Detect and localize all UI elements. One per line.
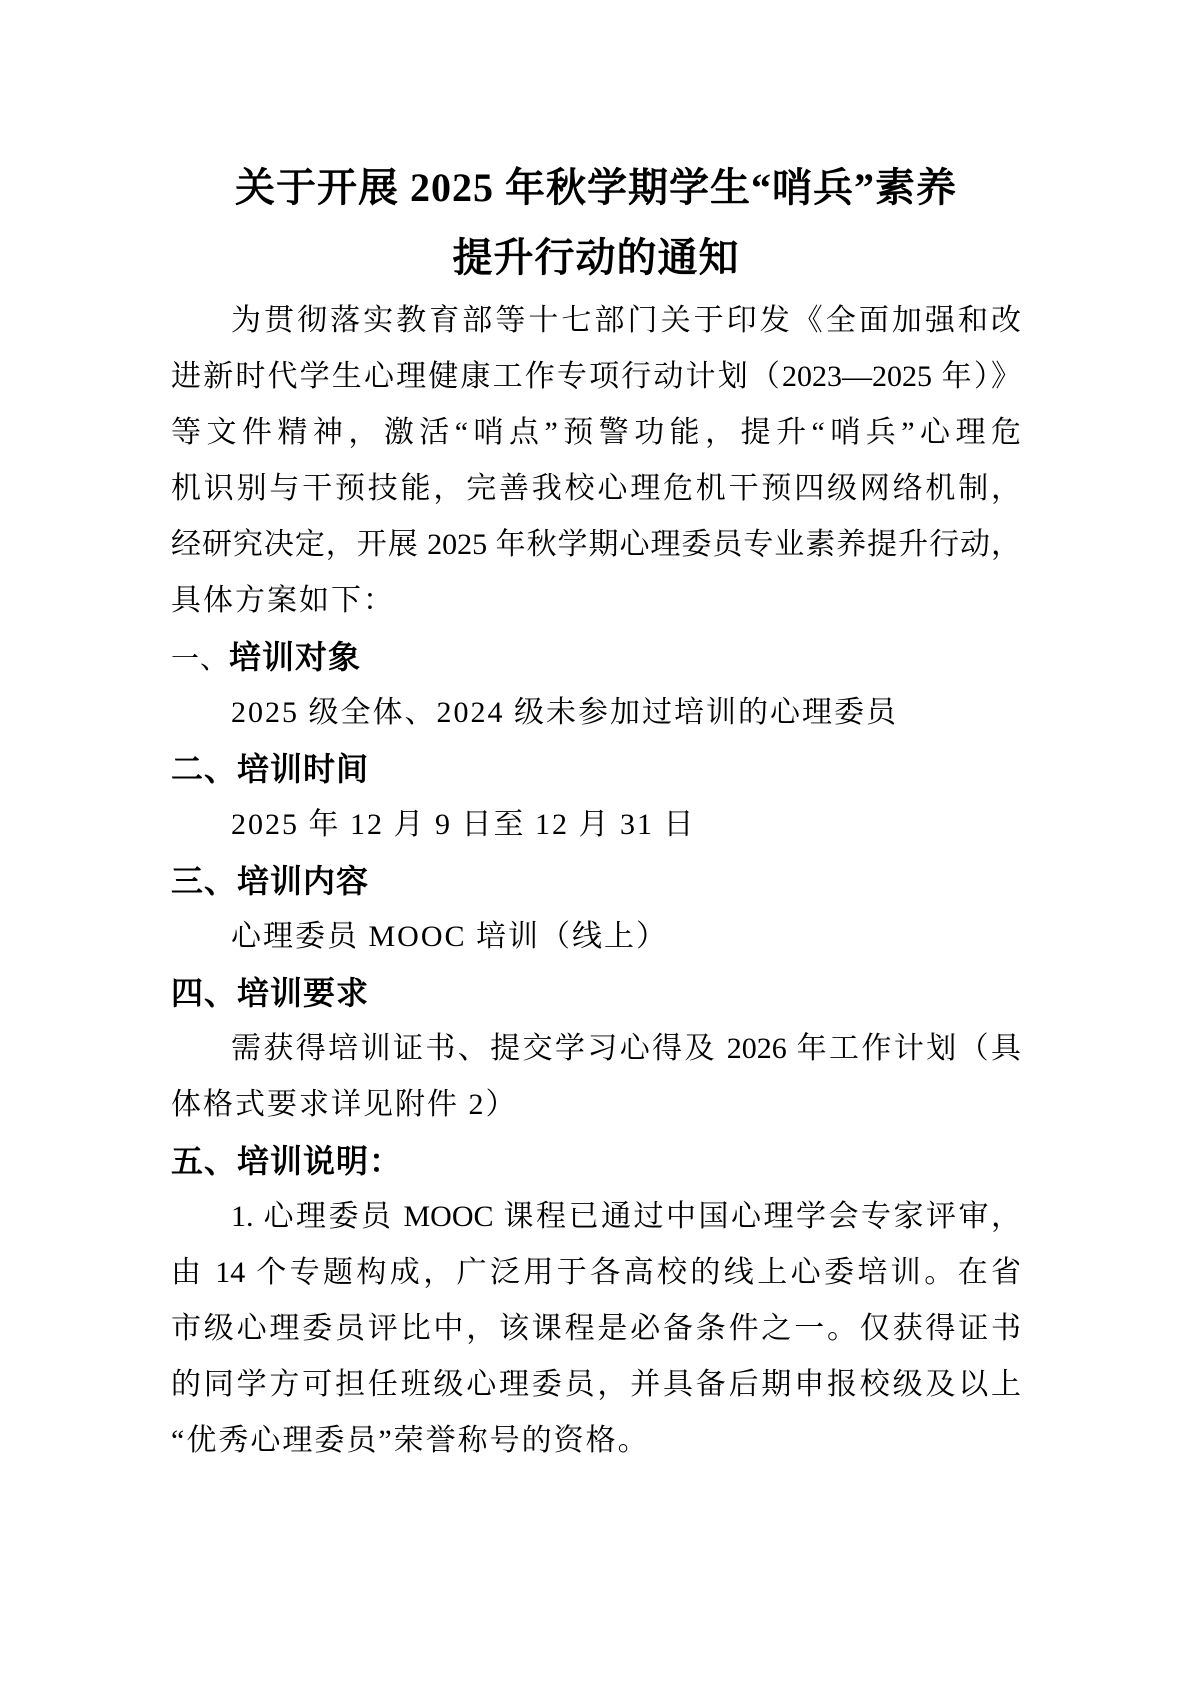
section-5-body-line-2: 由 14 个专题构成，广泛用于各高校的线上心委培训。在省 xyxy=(171,1245,1021,1301)
section-4-body-line-1: 需获得培训证书、提交学习心得及 2026 年工作计划（具 xyxy=(171,1021,1021,1077)
section-4-body-line-2: 体格式要求详见附件 2） xyxy=(171,1077,1021,1133)
intro-line-4: 机识别与干预技能，完善我校心理危机干预四级网络机制， xyxy=(171,461,1021,517)
intro-line-1: 为贯彻落实教育部等十七部门关于印发《全面加强和改 xyxy=(171,293,1021,349)
document-title: 关于开展 2025 年秋学期学生“哨兵”素养 提升行动的通知 xyxy=(171,153,1021,293)
section-2-body-line-1: 2025 年 12 月 9 日至 12 月 31 日 xyxy=(171,797,1021,853)
section-3-title: 培训内容 xyxy=(237,863,369,899)
section-5-body-line-1: 1. 心理委员 MOOC 课程已通过中国心理学会专家评审， xyxy=(171,1189,1021,1245)
section-4-title: 培训要求 xyxy=(237,975,369,1011)
section-5-heading: 五、培训说明： xyxy=(171,1133,1021,1189)
section-1-title: 培训对象 xyxy=(229,639,361,675)
section-5-title: 培训说明： xyxy=(237,1143,402,1179)
section-3-number: 三、 xyxy=(171,863,237,899)
section-5-body-line-3: 市级心理委员评比中，该课程是必备条件之一。仅获得证书 xyxy=(171,1301,1021,1357)
intro-line-5: 经研究决定，开展 2025 年秋学期心理委员专业素养提升行动， xyxy=(171,517,1021,573)
section-1-number: 一、 xyxy=(171,643,229,674)
title-line-2: 提升行动的通知 xyxy=(171,223,1021,293)
section-1-heading: 一、培训对象 xyxy=(171,629,1021,685)
title-line-1: 关于开展 2025 年秋学期学生“哨兵”素养 xyxy=(171,153,1021,223)
intro-line-6: 具体方案如下： xyxy=(171,573,1021,629)
section-2-number: 二、 xyxy=(171,751,237,787)
section-5-body-line-5: “优秀心理委员”荣誉称号的资格。 xyxy=(171,1413,1021,1469)
document-page: 关于开展 2025 年秋学期学生“哨兵”素养 提升行动的通知 为贯彻落实教育部等… xyxy=(0,0,1191,1684)
section-2-heading: 二、培训时间 xyxy=(171,741,1021,797)
section-3-heading: 三、培训内容 xyxy=(171,853,1021,909)
section-2-title: 培训时间 xyxy=(237,751,369,787)
intro-line-2: 进新时代学生心理健康工作专项行动计划（2023—2025 年）》 xyxy=(171,349,1021,405)
section-4-heading: 四、培训要求 xyxy=(171,965,1021,1021)
section-3-body-line-1: 心理委员 MOOC 培训（线上） xyxy=(171,909,1021,965)
section-5-body-line-4: 的同学方可担任班级心理委员，并具备后期申报校级及以上 xyxy=(171,1357,1021,1413)
section-4-number: 四、 xyxy=(171,975,237,1011)
section-1-body-line-1: 2025 级全体、2024 级未参加过培训的心理委员 xyxy=(171,685,1021,741)
document-body: 为贯彻落实教育部等十七部门关于印发《全面加强和改 进新时代学生心理健康工作专项行… xyxy=(171,293,1021,1469)
document-content: 关于开展 2025 年秋学期学生“哨兵”素养 提升行动的通知 为贯彻落实教育部等… xyxy=(0,0,1191,1469)
section-5-number: 五、 xyxy=(171,1143,237,1179)
intro-line-3: 等文件精神，激活“哨点”预警功能，提升“哨兵”心理危 xyxy=(171,405,1021,461)
